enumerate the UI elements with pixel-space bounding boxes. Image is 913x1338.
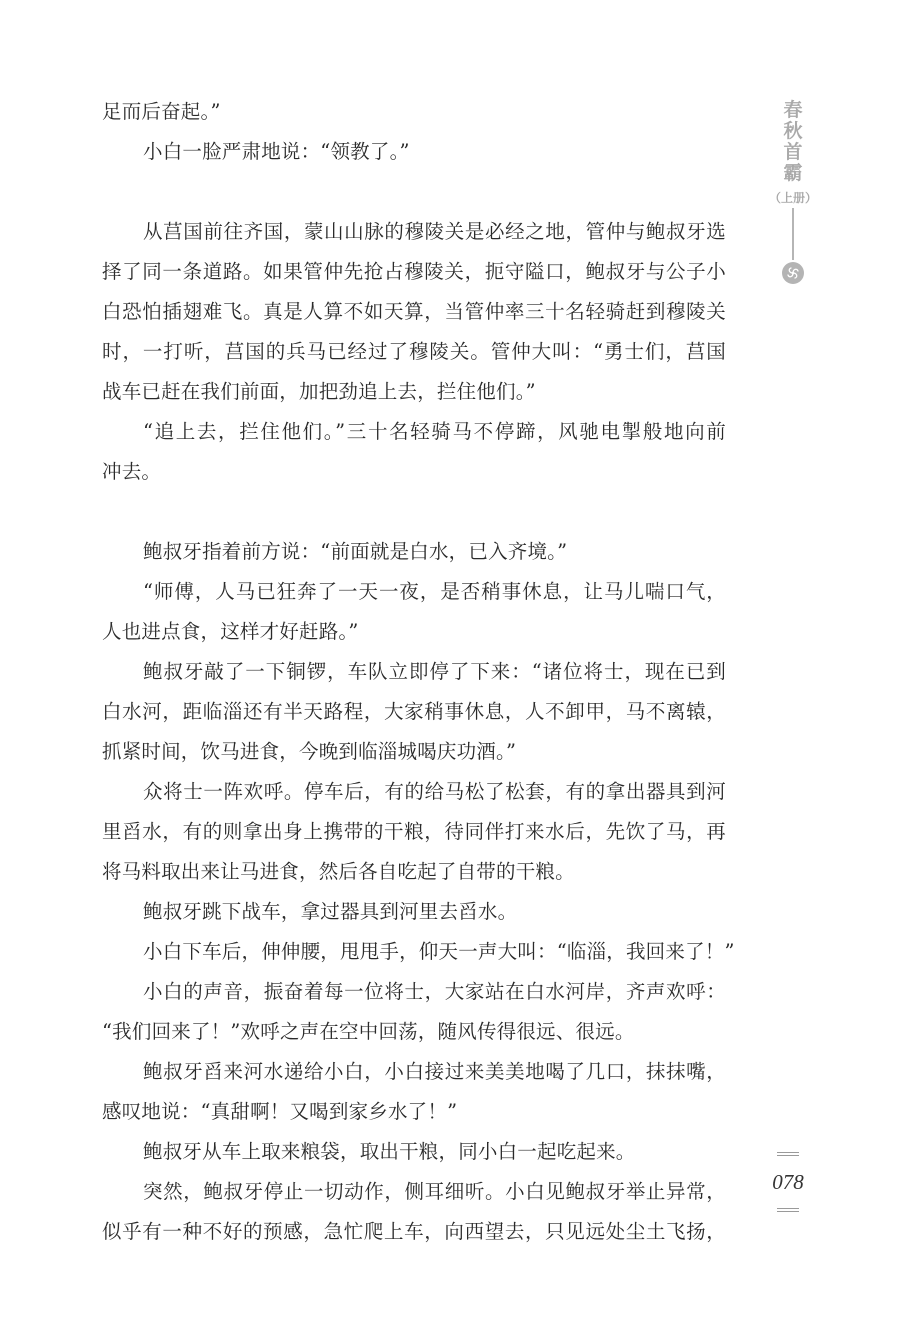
text-line: “追上去，拦住他们。”三十名轻骑马不停蹄，风驰电掣般地向前 (102, 416, 726, 456)
text-line: 足而后奋起。” (102, 96, 726, 136)
text-line: “我们回来了！”欢呼之声在空中回荡，随风传得很远、很远。 (102, 1016, 726, 1056)
title-char: 霸 (783, 163, 802, 184)
section-break (102, 176, 726, 216)
text-line: 抓紧时间，饮马进食，今晚到临淄城喝庆功酒。” (102, 736, 726, 776)
title-char: 秋 (783, 121, 802, 142)
text-line: “师傅，人马已狂奔了一天一夜，是否稍事休息，让马儿喘口气， (102, 576, 726, 616)
text-line: 里舀水，有的则拿出身上携带的干粮，待同伴打来水后，先饮了马，再 (102, 816, 726, 856)
text-line: 白恐怕插翅难飞。真是人算不如天算，当管仲率三十名轻骑赶到穆陵关 (102, 296, 726, 336)
text-line: 鲍叔牙指着前方说：“前面就是白水，已入齐境。” (102, 536, 726, 576)
text-line: 感叹地说：“真甜啊！又喝到家乡水了！” (102, 1096, 726, 1136)
page-folio: 078 (770, 1152, 806, 1212)
text-line: 人也进点食，这样才好赶路。” (102, 616, 726, 656)
volume-label: （上册） (769, 190, 817, 206)
text-line: 鲍叔牙跳下战车，拿过器具到河里去舀水。 (102, 896, 726, 936)
text-line: 白水河，距临淄还有半天路程，大家稍事休息，人不卸甲，马不离辕， (102, 696, 726, 736)
swirl-emblem-icon (782, 262, 804, 284)
text-line: 从莒国前往齐国，蒙山山脉的穆陵关是必经之地，管仲与鲍叔牙选 (102, 216, 726, 256)
text-line: 鲍叔牙敲了一下铜锣，车队立即停了下来：“诸位将士，现在已到 (102, 656, 726, 696)
text-line: 小白的声音，振奋着每一位将士，大家站在白水河岸，齐声欢呼： (102, 976, 726, 1016)
running-head-book-title: 春 秋 首 霸 （上册） (778, 100, 808, 284)
text-line: 时，一打听，莒国的兵马已经过了穆陵关。管仲大叫：“勇士们，莒国 (102, 336, 726, 376)
page-number: 078 (772, 1170, 804, 1194)
text-line: 似乎有一种不好的预感，急忙爬上车，向西望去，只见远处尘土飞扬， (102, 1216, 726, 1256)
title-char: 首 (783, 142, 802, 163)
text-line: 冲去。 (102, 456, 726, 496)
page-body: 足而后奋起。” 小白一脸严肃地说：“领教了。” 从莒国前往齐国，蒙山山脉的穆陵关… (102, 96, 726, 1256)
text-line: 小白一脸严肃地说：“领教了。” (102, 136, 726, 176)
text-line: 鲍叔牙舀来河水递给小白，小白接过来美美地喝了几口，抹抹嘴， (102, 1056, 726, 1096)
folio-rule-top (777, 1152, 799, 1156)
section-break (102, 496, 726, 536)
text-line: 众将士一阵欢呼。停车后，有的给马松了松套，有的拿出器具到河 (102, 776, 726, 816)
text-line: 小白下车后，伸伸腰，甩甩手，仰天一声大叫：“临淄，我回来了！” (102, 936, 726, 976)
title-char: 春 (783, 100, 802, 121)
folio-rule-bottom (777, 1208, 799, 1212)
text-line: 突然，鲍叔牙停止一切动作，侧耳细听。小白见鲍叔牙举止异常， (102, 1176, 726, 1216)
divider-line (792, 208, 794, 260)
text-line: 将马料取出来让马进食，然后各自吃起了自带的干粮。 (102, 856, 726, 896)
text-line: 战车已赶在我们前面，加把劲追上去，拦住他们。” (102, 376, 726, 416)
text-line: 鲍叔牙从车上取来粮袋，取出干粮，同小白一起吃起来。 (102, 1136, 726, 1176)
text-line: 择了同一条道路。如果管仲先抢占穆陵关，扼守隘口，鲍叔牙与公子小 (102, 256, 726, 296)
